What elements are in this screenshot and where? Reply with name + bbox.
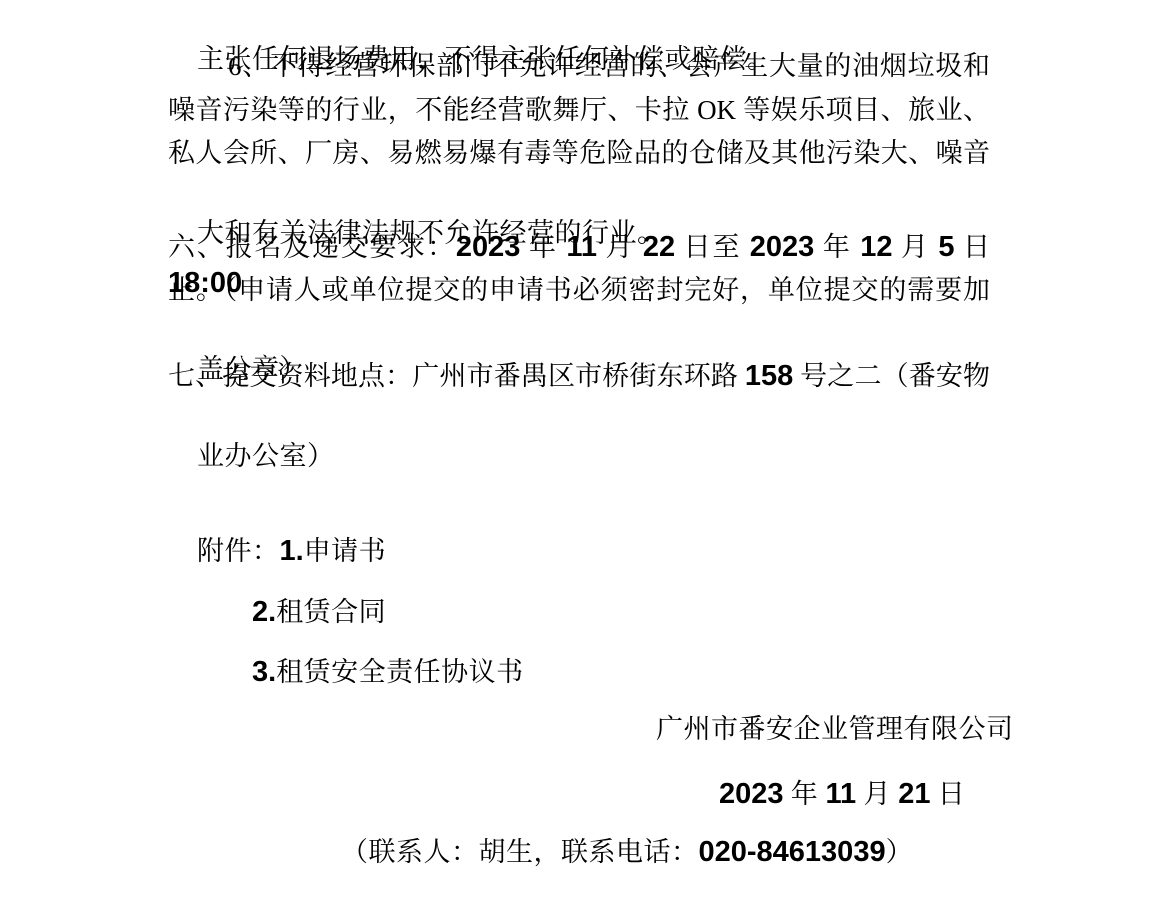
section6-line-2: 止。（申请人或单位提交的申请书必须密封完好，单位提交的需要加 — [168, 272, 990, 308]
item6-line-3-text: 私人会所、厂房、易燃易爆有毒等危险品的仓储及其他污染大、噪音 — [168, 138, 990, 168]
section6-month-2: 12 — [860, 231, 892, 263]
contact-info: （联系人：胡生，联系电话：020-84613039） — [312, 798, 913, 906]
section6-year-unit-2: 年 — [814, 232, 860, 262]
item6-marker: 6 — [228, 51, 242, 81]
section7-line-1-text-b: 号之二（番安物 — [793, 361, 990, 391]
section7-line-1-text-a: 七、提交资料地点：广州市番禺区市桥街东环路 — [168, 361, 745, 391]
document-page: 主张任何退场费用，不得主张任何补偿或赔偿。 6、不得经营环保部门不允许经营的、会… — [0, 0, 1158, 913]
attachment-3-number: 3. — [252, 656, 276, 688]
item6-line-2: 噪音污染等的行业，不能经营歌舞厅、卡拉 OK 等娱乐项目、旅业、 — [168, 92, 990, 128]
attachment-item-3: 3.租赁安全责任协议书 — [223, 618, 524, 726]
section6-year-1: 2023 — [456, 231, 521, 263]
section6-month-unit-2: 月 — [892, 232, 938, 262]
section6-label: 六、报名及递交要求： — [168, 232, 456, 262]
contact-suffix: ） — [886, 837, 914, 867]
item6-line-1: 6、不得经营环保部门不允许经营的、会产生大量的油烟垃圾和 — [168, 48, 990, 84]
section7-line-2-text: 业办公室） — [197, 441, 335, 471]
item6-latin-ok: OK — [697, 95, 736, 125]
signature-date-day-unit: 日 — [930, 779, 965, 809]
section6-month-unit-1: 月 — [597, 232, 643, 262]
item6-line-2-text-a: 噪音污染等的行业，不能经营歌舞厅、卡拉 — [168, 95, 697, 125]
section6-day-1: 22 — [643, 231, 675, 263]
section6-year-unit-1: 年 — [520, 232, 566, 262]
section7-street-number: 158 — [745, 360, 793, 392]
item6-line-2-text-b: 等娱乐项目、旅业、 — [736, 95, 990, 125]
section6-month-1: 11 — [566, 231, 597, 263]
section6-day-unit-1: 日至 — [675, 232, 750, 262]
section6-year-2: 2023 — [750, 231, 815, 263]
section6-line-2-text: 止。（申请人或单位提交的申请书必须密封完好，单位提交的需要加 — [168, 275, 990, 305]
contact-prefix: （联系人：胡生，联系电话： — [341, 837, 699, 867]
contact-phone-number: 020-84613039 — [699, 836, 886, 868]
section7-line-1: 七、提交资料地点：广州市番禺区市桥街东环路 158 号之二（番安物 — [168, 358, 990, 394]
section7-line-2: 业办公室） — [168, 402, 335, 510]
item6-line-3: 私人会所、厂房、易燃易爆有毒等危险品的仓储及其他污染大、噪音 — [168, 135, 990, 171]
attachment-3-title: 租赁安全责任协议书 — [276, 657, 524, 687]
section6-day-unit-2: 日 — [954, 232, 990, 262]
section6-day-2: 5 — [938, 231, 954, 263]
item6-line-1-text: 、不得经营环保部门不允许经营的、会产生大量的油烟垃圾和 — [242, 51, 991, 81]
